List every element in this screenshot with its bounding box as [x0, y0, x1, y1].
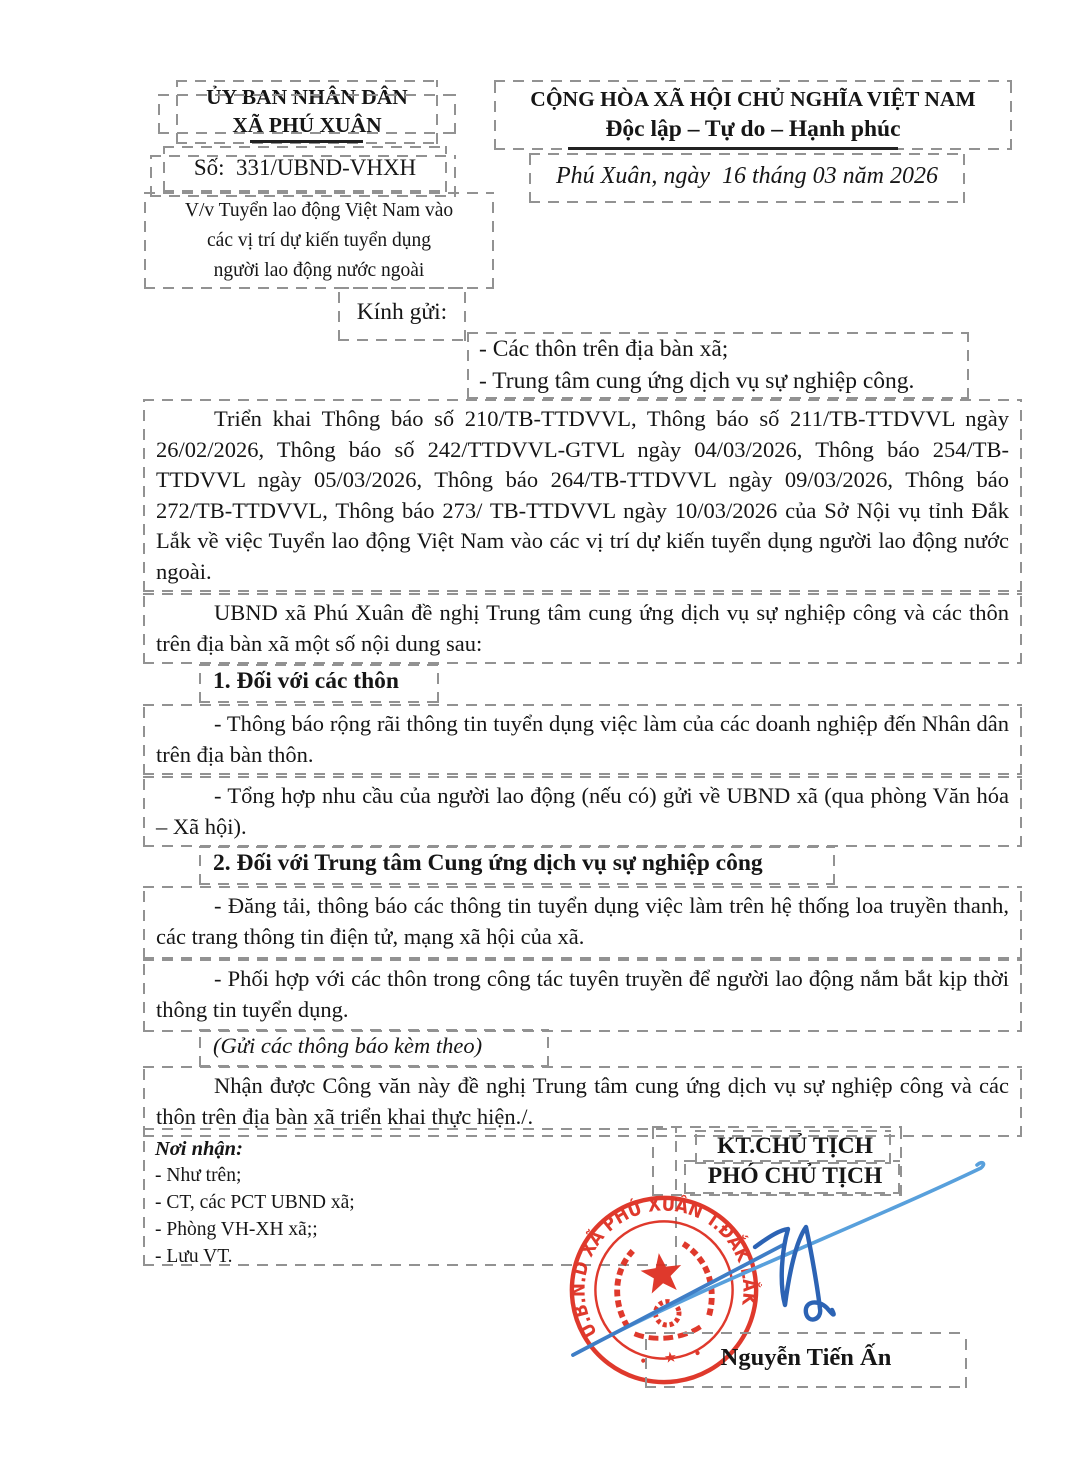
org-underline	[250, 140, 363, 143]
recipient-2: - Trung tâm cung ứng dịch vụ sự nghiệp c…	[479, 366, 957, 398]
recipient-list-block: - Các thôn trên địa bàn xã; - Trung tâm …	[467, 332, 969, 399]
place-dateline: Phú Xuân, ngày 16 tháng 03 năm 2026	[529, 153, 965, 203]
section-heading-1: 1. Đối với các thôn	[199, 664, 439, 703]
paragraph-4: - Tổng hợp nhu cầu của người lao động (n…	[143, 776, 1022, 847]
signer-name: Nguyễn Tiến Ấn	[645, 1332, 967, 1388]
salutation-label: Kính gửi:	[338, 287, 466, 341]
national-motto: Độc lập – Tự do – Hạnh phúc	[494, 114, 1012, 145]
recipient-1: - Các thôn trên địa bàn xã;	[479, 334, 957, 366]
paragraph-2: UBND xã Phú Xuân đề nghị Trung tâm cung …	[143, 593, 1022, 664]
signature-flourish-stroke	[573, 1163, 984, 1355]
paragraph-1: Triển khai Thông báo số 210/TB-TTDVVL, T…	[143, 399, 1022, 592]
paragraph-6: - Phối hợp với các thôn trong công tác t…	[143, 959, 1022, 1032]
attachment-note: (Gửi các thông báo kèm theo)	[199, 1029, 549, 1067]
subject-line-3: người lao động nước ngoài	[144, 256, 494, 286]
official-letter-page: ỦY BAN NHÂN DÂN XÃ PHÚ XUÂN Số: 331/UBND…	[0, 0, 1080, 1481]
paragraph-5: - Đăng tải, thông báo các thông tin tuyể…	[143, 886, 1022, 959]
paragraph-3: - Thông báo rộng rãi thông tin tuyển dụn…	[143, 704, 1022, 775]
subject-block: V/v Tuyển lao động Việt Nam vào các vị t…	[144, 192, 494, 289]
motto-underline	[568, 147, 898, 150]
section-heading-2: 2. Đối với Trung tâm Cung ứng dịch vụ sự…	[199, 846, 835, 885]
national-motto-block: CỘNG HÒA XÃ HỘI CHỦ NGHĨA VIỆT NAM Độc l…	[494, 80, 1012, 150]
annotation-box	[158, 94, 456, 134]
subject-line-1: V/v Tuyển lao động Việt Nam vào	[144, 196, 494, 226]
subject-line-2: các vị trí dự kiến tuyển dụng	[144, 226, 494, 256]
national-name: CỘNG HÒA XÃ HỘI CHỦ NGHĨA VIỆT NAM	[494, 85, 1012, 114]
annotation-box	[150, 155, 456, 197]
